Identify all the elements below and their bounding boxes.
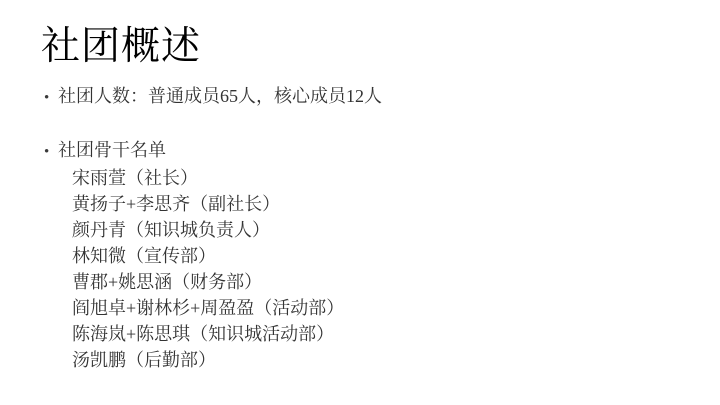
blank-line bbox=[44, 111, 700, 137]
roster-item-publicity-dept: 林知微（宣传部） bbox=[72, 243, 700, 269]
roster-item-finance-dept: 曹郡+姚思涵（财务部） bbox=[72, 269, 700, 295]
roster-item-activity-dept: 阎旭卓+谢林杉+周盈盈（活动部） bbox=[72, 295, 700, 321]
slide-body: • 社团人数：普通成员65人，核心成员12人 • 社团骨干名单 宋雨萱（社长） … bbox=[44, 83, 700, 373]
roster-item-vice-presidents: 黄扬子+李思齐（副社长） bbox=[72, 191, 700, 217]
roster-heading-text: 社团骨干名单 bbox=[58, 137, 166, 163]
member-count-text: 社团人数：普通成员65人，核心成员12人 bbox=[58, 83, 382, 109]
roster-item-knowledge-city-activity-dept: 陈海岚+陈思琪（知识城活动部） bbox=[72, 321, 700, 347]
roster-item-knowledge-city-lead: 颜丹青（知识城负责人） bbox=[72, 217, 700, 243]
slide-title: 社团概述 bbox=[41, 24, 201, 70]
presentation-slide: 社团概述 • 社团人数：普通成员65人，核心成员12人 • 社团骨干名单 宋雨萱… bbox=[0, 0, 720, 405]
roster-list: 宋雨萱（社长） 黄扬子+李思齐（副社长） 颜丹青（知识城负责人） 林知微（宣传部… bbox=[72, 165, 700, 373]
roster-item-logistics-dept: 汤凯鹏（后勤部） bbox=[72, 347, 700, 373]
bullet-icon: • bbox=[44, 85, 58, 111]
bullet-item-roster-heading: • 社团骨干名单 bbox=[44, 137, 700, 165]
bullet-item-member-count: • 社团人数：普通成员65人，核心成员12人 bbox=[44, 83, 700, 111]
bullet-icon: • bbox=[44, 139, 58, 165]
roster-item-president: 宋雨萱（社长） bbox=[72, 165, 700, 191]
